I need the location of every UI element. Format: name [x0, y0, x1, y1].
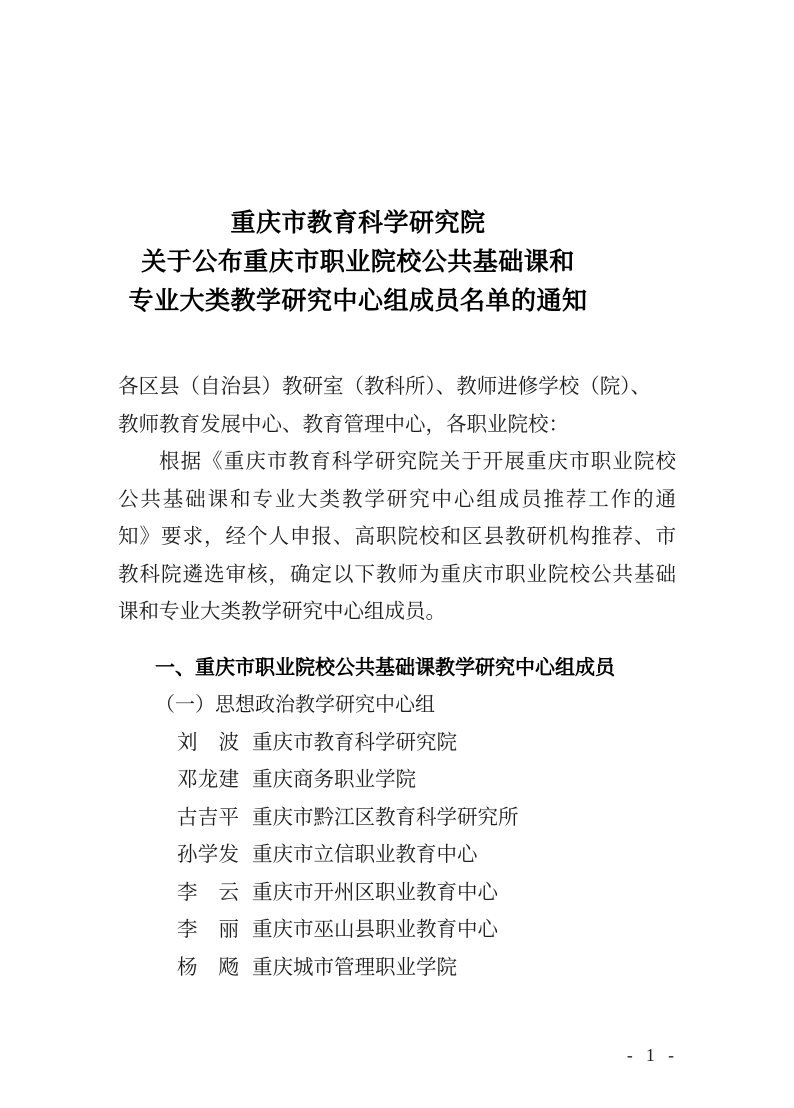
member-institution: 重庆市教育科学研究院: [252, 732, 457, 754]
member-name: 孙学发: [177, 837, 239, 875]
paragraph-line: 知》要求，经个人申报、高职院校和区县教研机构推荐、市: [118, 519, 676, 557]
title-line-1: 重庆市教育科学研究院: [118, 204, 598, 243]
member-row: 孙学发重庆市立信职业教育中心: [118, 837, 676, 875]
title-line-3: 专业大类教学研究中心组成员名单的通知: [118, 282, 598, 321]
members-list: 刘波重庆市教育科学研究院 邓龙建重庆商务职业学院 古吉平重庆市黔江区教育科学研究…: [118, 725, 676, 988]
member-institution: 重庆商务职业学院: [252, 769, 416, 791]
member-name: 古吉平: [177, 800, 239, 838]
page-number: - 1 -: [627, 1045, 676, 1066]
document-title: 重庆市教育科学研究院 关于公布重庆市职业院校公共基础课和 专业大类教学研究中心组…: [118, 204, 676, 321]
member-institution: 重庆市开州区职业教育中心: [252, 882, 498, 904]
document-body: 各区县（自治县）教研室（教科所）、教师进修学校（院）、 教师教育发展中心、教育管…: [118, 369, 676, 632]
member-row: 杨飏重庆城市管理职业学院: [118, 950, 676, 988]
member-name: 杨飏: [177, 950, 239, 988]
subsection-heading: （一）思想政治教学研究中心组: [118, 687, 676, 725]
section-heading: 一、重庆市职业院校公共基础课教学研究中心组成员: [118, 650, 676, 688]
salutation-line: 各区县（自治县）教研室（教科所）、教师进修学校（院）、: [118, 369, 676, 407]
document-page: 重庆市教育科学研究院 关于公布重庆市职业院校公共基础课和 专业大类教学研究中心组…: [0, 0, 794, 1108]
salutation-line: 教师教育发展中心、教育管理中心，各职业院校：: [118, 407, 676, 445]
paragraph-line: 教科院遴选审核，确定以下教师为重庆市职业院校公共基础: [118, 557, 676, 595]
member-institution: 重庆市黔江区教育科学研究所: [252, 807, 519, 829]
member-name: 刘波: [177, 725, 239, 763]
paragraph-line: 根据《重庆市教育科学研究院关于开展重庆市职业院校: [118, 444, 676, 482]
paragraph-line: 公共基础课和专业大类教学研究中心组成员推荐工作的通: [118, 482, 676, 520]
title-line-2: 关于公布重庆市职业院校公共基础课和: [118, 243, 598, 282]
member-name: 李云: [177, 875, 239, 913]
member-institution: 重庆城市管理职业学院: [252, 957, 457, 979]
member-name: 邓龙建: [177, 762, 239, 800]
paragraph-line: 课和专业大类教学研究中心组成员。: [118, 594, 676, 632]
member-row: 李云重庆市开州区职业教育中心: [118, 875, 676, 913]
member-name: 李丽: [177, 912, 239, 950]
member-institution: 重庆市立信职业教育中心: [252, 844, 478, 866]
document-content: 重庆市教育科学研究院 关于公布重庆市职业院校公共基础课和 专业大类教学研究中心组…: [118, 0, 676, 987]
member-row: 李丽重庆市巫山县职业教育中心: [118, 912, 676, 950]
member-row: 邓龙建重庆商务职业学院: [118, 762, 676, 800]
member-row: 古吉平重庆市黔江区教育科学研究所: [118, 800, 676, 838]
member-row: 刘波重庆市教育科学研究院: [118, 725, 676, 763]
member-institution: 重庆市巫山县职业教育中心: [252, 919, 498, 941]
